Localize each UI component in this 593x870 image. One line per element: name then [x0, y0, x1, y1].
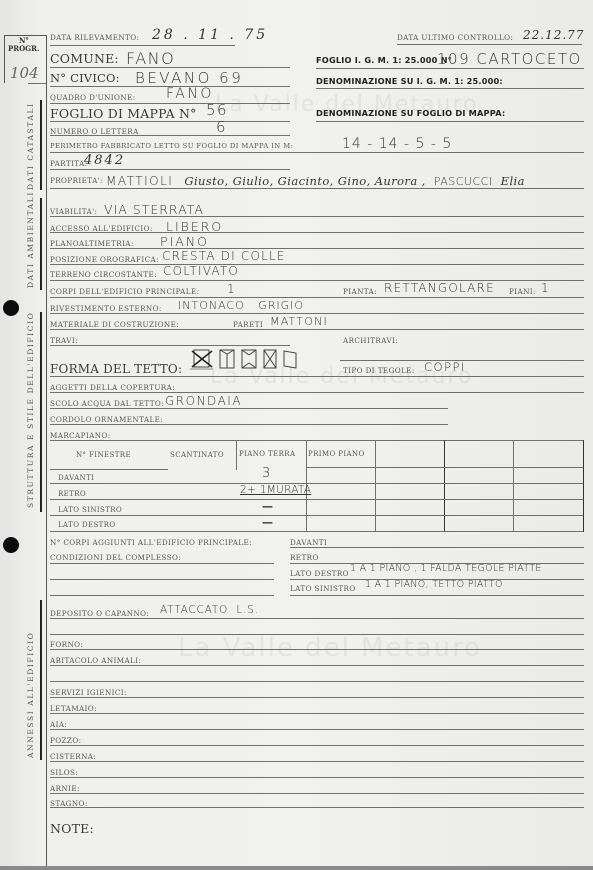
rule — [28, 83, 46, 84]
posizione-label: POSIZIONE OROGRAFICA: — [50, 255, 159, 264]
table-divider — [444, 440, 445, 532]
planoaltimetria-label: PLANOALTIMETRIA: — [50, 239, 134, 248]
rule — [50, 188, 584, 189]
progr-label-2: PROGR. — [8, 44, 39, 53]
rule — [50, 745, 584, 746]
note-field[interactable] — [50, 838, 584, 866]
tipo-tegole-value[interactable]: COPPI — [424, 360, 466, 374]
rule — [50, 807, 584, 808]
proprieta-surname-2: PASCUCCI — [434, 175, 493, 188]
rivestimento-label: RIVESTIMENTO ESTERNO: — [50, 304, 162, 313]
letamaio-label: LETAMAIO: — [50, 704, 97, 713]
table-cell[interactable]: — — [262, 516, 275, 529]
table-divider — [583, 440, 584, 532]
table-row-label: DAVANTI — [58, 474, 94, 482]
pianta-value[interactable]: RETTANGOLARE — [384, 281, 495, 295]
rule — [50, 793, 584, 794]
condizioni-label: CONDIZIONI DEL COMPLESSO: — [50, 553, 181, 562]
table-header: PRIMO PIANO — [308, 450, 365, 458]
posizione-value[interactable]: CRESTA DI COLLE — [162, 249, 286, 263]
quadro-unione-label: QUADRO D'UNIONE: — [50, 93, 135, 102]
watermark: La Valle del Metauro — [178, 633, 482, 663]
rule — [50, 67, 290, 68]
rule — [50, 313, 584, 314]
table-header: N° FINESTRE — [76, 451, 131, 459]
rule — [50, 45, 235, 46]
rule — [50, 329, 584, 330]
punch-hole — [3, 300, 19, 316]
data-rilevamento-label: DATA RILEVAMENTO: — [50, 33, 139, 42]
data-rilevamento-value[interactable]: 28 . 11 . 75 — [152, 27, 268, 43]
partita-value[interactable]: 4842 — [84, 153, 125, 168]
table-cell[interactable]: — — [262, 500, 275, 513]
rule — [50, 408, 448, 409]
lato-sinistro-value[interactable]: 1 A 1 PIANO, TETTO PIATTO — [365, 579, 503, 590]
piani-label: PIANI: — [509, 287, 536, 296]
section-label-struttura: STRUTTURA E STILE DELL'EDIFICIO — [26, 312, 35, 508]
corpi-value[interactable]: 1 — [227, 282, 236, 296]
table-cell[interactable]: 3 — [262, 466, 272, 481]
table-row-label: RETRO — [58, 490, 86, 498]
section-label-annessi: ANNESSI ALL'EDIFICIO — [26, 632, 35, 758]
rule — [50, 713, 584, 714]
rule — [50, 483, 583, 484]
note-label: NOTE: — [50, 821, 94, 836]
rule — [50, 579, 274, 580]
proprieta-names-2: Elia — [501, 174, 525, 188]
rule — [50, 595, 274, 596]
progr-box-line — [4, 35, 5, 83]
piani-value[interactable]: 1 — [541, 281, 550, 295]
deposito-label: DEPOSITO o CAPANNO: — [50, 609, 149, 618]
rule — [50, 665, 584, 666]
davanti-label: DAVANTI — [290, 538, 327, 547]
servizi-label: SERVIZI IGIENICI: — [50, 688, 127, 697]
proprieta-surname: MATTIOLI — [106, 174, 173, 188]
scolo-value[interactable]: GRONDAIA — [165, 394, 242, 408]
corpi-aggiunti-label: N° CORPI AGGIUNTI ALL'EDIFICIO PRINCIPAL… — [50, 538, 252, 547]
rule — [50, 392, 584, 393]
planoaltimetria-value[interactable]: PIANO — [160, 234, 209, 249]
aggetti-label: AGGETTI DELLA COPERTURA: — [50, 383, 175, 392]
data-ultimo-controllo-label: DATA ULTIMO CONTROLLO: — [397, 33, 513, 42]
scolo-label: SCOLO ACQUA DAL TETTO: — [50, 399, 164, 408]
rule — [50, 280, 584, 281]
data-ultimo-controllo-value[interactable]: 22.12.77 — [523, 28, 584, 42]
rule — [306, 467, 583, 468]
architravi-label: ARCHITRAVI: — [343, 336, 398, 345]
section-bracket — [40, 198, 42, 290]
rule — [50, 264, 584, 265]
rule — [290, 547, 584, 548]
cisterna-label: CISTERNA: — [50, 752, 96, 761]
rule — [316, 121, 584, 122]
proprieta-names: Giusto, Giulio, Giacinto, Gino, Aurora , — [184, 174, 425, 188]
rule — [50, 103, 290, 104]
forma-tetto-label: FORMA DEL TETTO: — [50, 362, 182, 376]
civico-value[interactable]: BEVANO 69 — [135, 69, 243, 87]
rule — [50, 152, 584, 153]
cross-roof-icon[interactable] — [261, 347, 279, 371]
denominazione-igm-label: DENOMINAZIONE SU I. G. M. 1: 25.000: — [316, 76, 503, 86]
rule — [50, 345, 290, 346]
rule — [50, 121, 290, 122]
foglio-mappa-label: FOGLIO DI MAPPA N° — [50, 106, 197, 121]
marcapiano-label: MARCAPIANO: — [50, 431, 111, 440]
rule — [50, 729, 584, 730]
tipo-tegole-label: TIPO DI TEGOLE: — [343, 366, 415, 375]
rule — [50, 563, 274, 564]
proprieta-label: PROPRIETA': — [50, 176, 103, 185]
lato-destro-label: LATO DESTRO — [290, 569, 349, 578]
proprieta-value[interactable]: MATTIOLI Giusto, Giulio, Giacinto, Gino,… — [106, 170, 525, 189]
page-bottom-edge — [0, 866, 593, 870]
quadro-unione-value[interactable]: FANO — [166, 86, 214, 102]
cordolo-label: CORDOLO ORNAMENTALE: — [50, 415, 163, 424]
deposito-value[interactable]: ATTACCATO L.S. — [160, 604, 259, 616]
rule — [50, 376, 584, 377]
rule — [50, 297, 584, 298]
table-divider — [513, 440, 514, 532]
terreno-value[interactable]: COLTIVATO — [163, 264, 239, 278]
rule — [50, 499, 583, 500]
rule — [50, 681, 584, 682]
single-pitch-icon[interactable] — [281, 347, 299, 371]
gable-roof-icon[interactable] — [217, 347, 237, 371]
viabilita-label: VIABILITA': — [50, 207, 97, 216]
perimetro-label: PERIMETRO FABBRICATO LETTO SU FOGLIO DI … — [50, 142, 293, 150]
numero-lettera-value[interactable]: 6 — [216, 118, 227, 136]
rule — [50, 135, 290, 136]
double-pitch-icon[interactable] — [239, 347, 259, 371]
section-label-ambientali: DATI AMBIENTALI — [26, 191, 35, 288]
lato-destro-value[interactable]: 1 A 1 PIANO , 1 FALDA TEGOLE PIATTE — [350, 563, 542, 574]
denominazione-mappa-label: DENOMINAZIONE SU FOGLIO DI MAPPA: — [316, 108, 505, 118]
pozzo-label: POZZO: — [50, 736, 81, 745]
partita-label: PARTITA: — [50, 159, 88, 168]
corpi-label: CORPI DELL'EDIFICIO PRINCIPALE: — [50, 287, 199, 296]
survey-form-page: La Valle del Metauro La Valle del Metaur… — [0, 0, 593, 870]
forno-label: FORNO: — [50, 640, 83, 649]
civico-label: N° CIVICO: — [50, 71, 120, 85]
rivestimento-value[interactable]: INTONACO GRIGIO — [178, 299, 304, 312]
rule — [50, 761, 584, 762]
foglio-mappa-value[interactable]: 56 — [206, 101, 228, 119]
rule — [50, 649, 584, 650]
section-label-catastali: DATI CATASTALI — [26, 102, 35, 190]
rule — [50, 515, 583, 516]
table-row-label: LATO SINISTRO — [58, 506, 122, 514]
rule — [50, 531, 583, 532]
rule — [50, 424, 448, 425]
rule — [50, 777, 584, 778]
rule — [50, 618, 584, 619]
comune-value[interactable]: FANO — [126, 49, 175, 68]
rule — [397, 44, 582, 45]
foglio-igm-value[interactable]: 109 CARTOCETO — [437, 50, 582, 68]
viabilita-value[interactable]: VIA STERRATA — [104, 202, 204, 217]
comune-label: COMUNE: — [50, 51, 119, 66]
table-divider — [375, 440, 376, 532]
materiale-sublabel: PARETI — [233, 320, 263, 329]
roof-shape-options — [189, 347, 299, 371]
rule — [50, 440, 584, 441]
hip-roof-icon[interactable] — [189, 347, 215, 371]
rule — [50, 248, 584, 249]
aia-label: AIA: — [50, 720, 67, 729]
table-divider — [236, 440, 237, 470]
section-bracket — [40, 312, 42, 512]
terreno-label: TERRENO CIRCOSTANTE: — [50, 270, 157, 279]
punch-hole — [3, 537, 19, 553]
materiale-label: MATERIALE DI COSTRUZIONE: — [50, 320, 179, 329]
rule — [50, 697, 584, 698]
rule — [316, 68, 584, 69]
rule — [50, 634, 584, 635]
abitacolo-label: ABITACOLO ANIMALI: — [50, 656, 141, 665]
table-row-label: LATO DESTRO — [58, 521, 116, 529]
arnie-label: ARNIE: — [50, 784, 80, 793]
table-header: PIANO TERRA — [239, 450, 295, 458]
section-bracket — [40, 600, 42, 760]
progr-value[interactable]: 104 — [10, 64, 39, 82]
rule — [50, 216, 584, 217]
pianta-label: PIANTA: — [343, 287, 377, 296]
table-cell[interactable]: 2+ 1MURATA — [240, 484, 311, 496]
perimetro-value[interactable]: 14 - 14 - 5 - 5 — [342, 136, 452, 152]
rule — [290, 595, 584, 596]
foglio-igm-label: FOGLIO I. G. M. 1: 25.000 N° — [316, 55, 452, 65]
margin-line — [46, 35, 47, 870]
rule — [50, 469, 168, 470]
section-bracket — [40, 100, 42, 190]
travi-label: TRAVI: — [50, 336, 78, 345]
materiale-value[interactable]: MATTONI — [270, 315, 328, 328]
silos-label: SILOS: — [50, 768, 78, 777]
rule — [316, 88, 584, 89]
table-header: SCANTINATO — [170, 451, 224, 459]
lato-sinistro-label: LATO SINISTRO — [290, 584, 356, 593]
retro-label: RETRO — [290, 553, 319, 562]
rule — [50, 232, 584, 233]
